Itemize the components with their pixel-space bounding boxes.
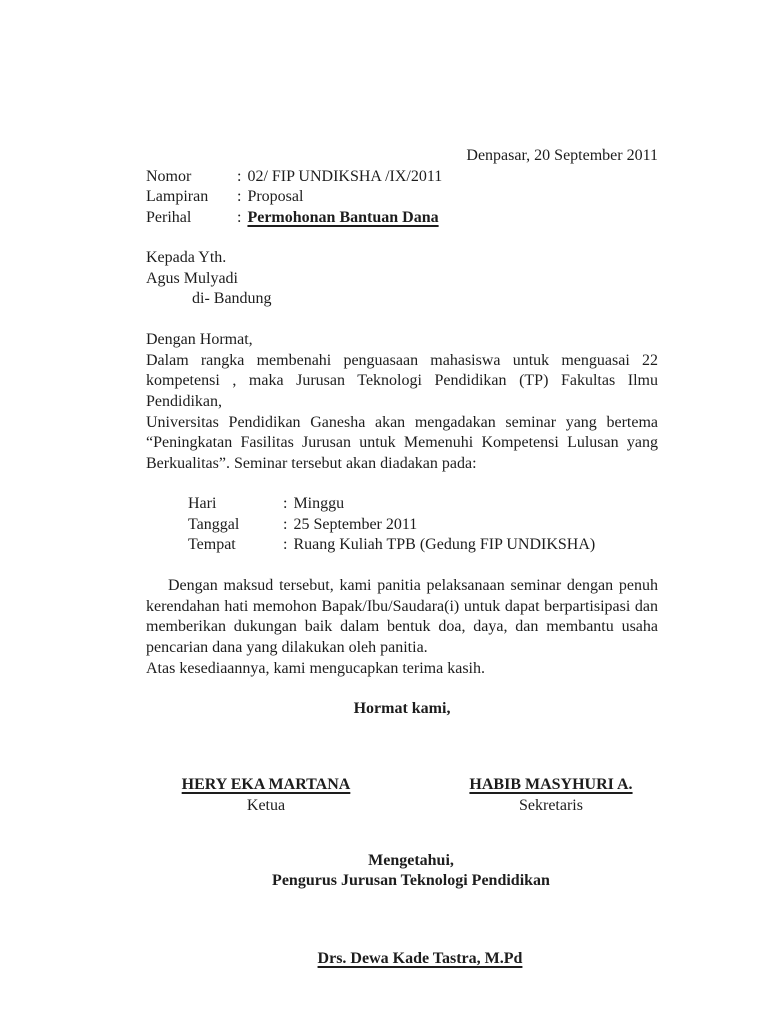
meta-label-lampiran: Lampiran — [146, 187, 237, 208]
signer-name-left: HERY EKA MARTANA — [146, 775, 386, 796]
signer-name-left-text: HERY EKA MARTANA — [182, 776, 351, 793]
event-label-tanggal: Tanggal — [188, 515, 283, 536]
paragraph-line: Berkualitas”. Seminar tersebut akan diad… — [146, 454, 658, 475]
endorsement-line2: Pengurus Jurusan Teknologi Pendidikan — [155, 871, 667, 892]
letter-page: Denpasar, 20 September 2011 Nomor : 02/ … — [0, 0, 768, 1024]
event-row-hari: Hari : Minggu — [188, 494, 658, 515]
signer-name-right-text: HABIB MASYHURI A. — [469, 776, 632, 793]
paragraph-line: memberikan dukungan baik dalam bentuk do… — [146, 617, 658, 638]
closing-line: Atas kesediaannya, kami mengucapkan teri… — [146, 659, 658, 680]
meta-colon: : — [237, 208, 241, 229]
paragraph-line: kompetensi , maka Jurusan Teknologi Pend… — [146, 371, 658, 412]
date-line: Denpasar, 20 September 2011 — [146, 146, 658, 167]
paragraph-line: Universitas Pendidikan Ganesha akan meng… — [146, 413, 658, 434]
paragraph-line: “Peningkatan Fasilitas Jurusan untuk Mem… — [146, 433, 658, 454]
event-colon: : — [283, 535, 287, 556]
letter-content: Denpasar, 20 September 2011 Nomor : 02/ … — [146, 146, 658, 970]
paragraph-line: Dengan maksud tersebut, kami panitia pel… — [146, 576, 658, 597]
meta-row-nomor: Nomor : 02/ FIP UNDIKSHA /IX/2011 — [146, 167, 658, 188]
opening-paragraph: Dengan Hormat, Dalam rangka membenahi pe… — [146, 330, 658, 475]
meta-row-lampiran: Lampiran : Proposal — [146, 187, 658, 208]
signer-title-right: Sekretaris — [444, 796, 658, 817]
event-value-tempat: Ruang Kuliah TPB (Gedung FIP UNDIKSHA) — [293, 535, 595, 556]
letter-meta: Nomor : 02/ FIP UNDIKSHA /IX/2011 Lampir… — [146, 167, 658, 229]
endorser-name: Drs. Dewa Kade Tastra, M.Pd — [164, 949, 676, 970]
event-value-hari: Minggu — [293, 494, 344, 515]
paragraph-line: pencarian dana yang dilakukan oleh panit… — [146, 638, 658, 659]
signature-row: HERY EKA MARTANA Ketua HABIB MASYHURI A.… — [146, 775, 658, 816]
meta-label-nomor: Nomor — [146, 167, 237, 188]
signer-name-right: HABIB MASYHURI A. — [444, 775, 658, 796]
meta-colon: : — [237, 167, 241, 188]
recipient-salute: Kepada Yth. — [146, 248, 658, 269]
meta-value-nomor: 02/ FIP UNDIKSHA /IX/2011 — [247, 167, 442, 188]
event-row-tanggal: Tanggal : 25 September 2011 — [188, 515, 658, 536]
meta-colon: : — [237, 187, 241, 208]
meta-value-lampiran: Proposal — [247, 187, 303, 208]
signature-right: HABIB MASYHURI A. Sekretaris — [444, 775, 658, 816]
signature-left: HERY EKA MARTANA Ketua — [146, 775, 386, 816]
endorsement-line1: Mengetahui, — [155, 851, 667, 872]
endorser-name-text: Drs. Dewa Kade Tastra, M.Pd — [318, 950, 523, 967]
meta-row-perihal: Perihal : Permohonan Bantuan Dana — [146, 208, 658, 229]
event-colon: : — [283, 515, 287, 536]
event-value-tanggal: 25 September 2011 — [293, 515, 417, 536]
meta-label-perihal: Perihal — [146, 208, 237, 229]
signer-title-left: Ketua — [146, 796, 386, 817]
closing-paragraph: Dengan maksud tersebut, kami panitia pel… — [146, 576, 658, 680]
meta-value-perihal: Permohonan Bantuan Dana — [247, 208, 438, 229]
event-details: Hari : Minggu Tanggal : 25 September 201… — [146, 494, 658, 556]
event-colon: : — [283, 494, 287, 515]
salutation: Dengan Hormat, — [146, 330, 658, 351]
paragraph-line: Dalam rangka membenahi penguasaan mahasi… — [146, 351, 658, 372]
paragraph-line: kerendahan hati memohon Bapak/Ibu/Saudar… — [146, 597, 658, 618]
event-label-hari: Hari — [188, 494, 283, 515]
event-row-tempat: Tempat : Ruang Kuliah TPB (Gedung FIP UN… — [188, 535, 658, 556]
recipient-block: Kepada Yth. Agus Mulyadi di- Bandung — [146, 248, 658, 310]
signature-heading: Hormat kami, — [146, 699, 658, 720]
endorsement-block: Mengetahui, Pengurus Jurusan Teknologi P… — [155, 851, 667, 892]
event-label-tempat: Tempat — [188, 535, 283, 556]
recipient-name: Agus Mulyadi — [146, 269, 658, 290]
recipient-city: di- Bandung — [146, 289, 658, 310]
